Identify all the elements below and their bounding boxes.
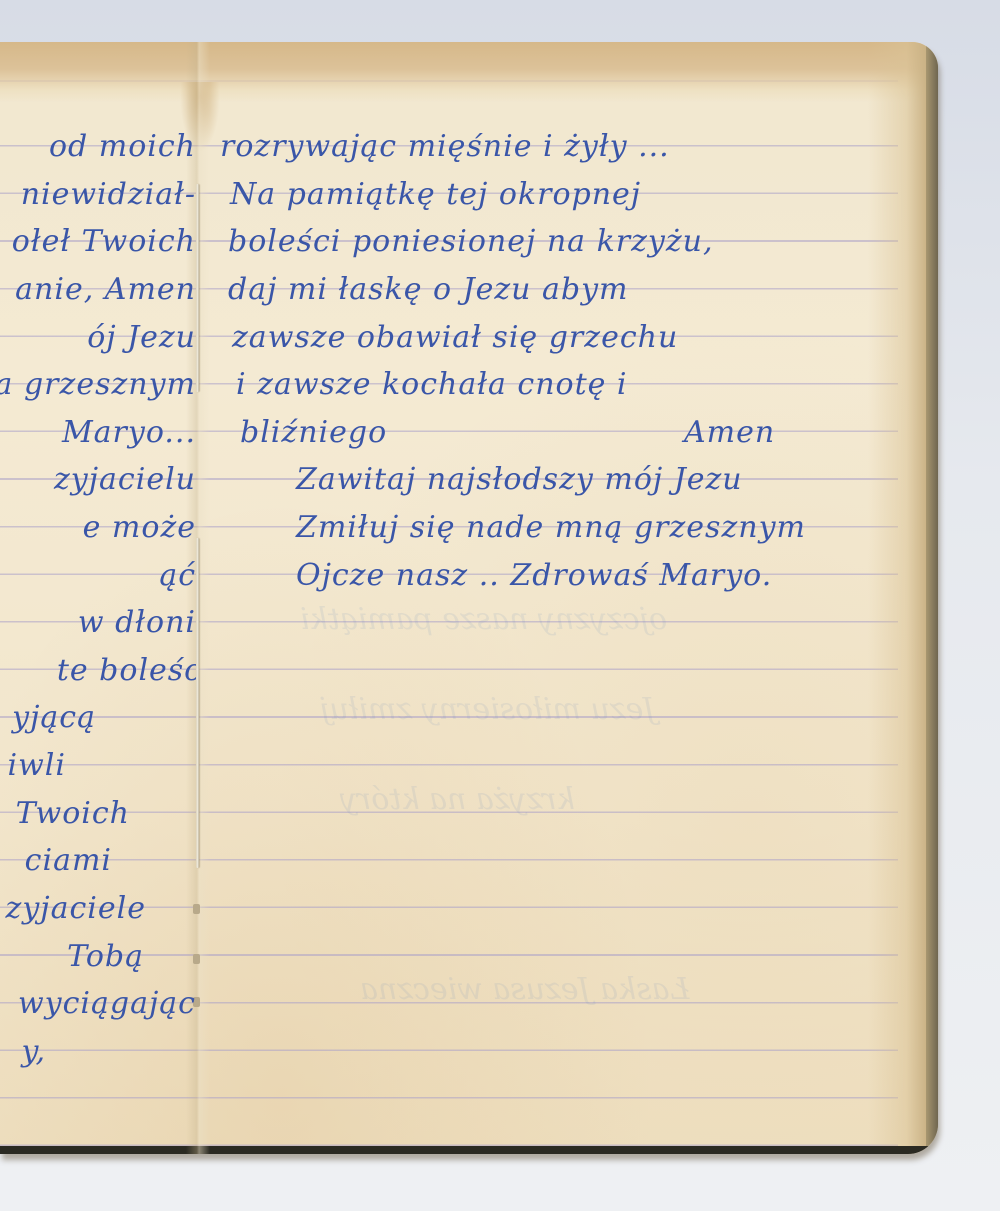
handwritten-line: i zawsze kochała cnotę i — [236, 370, 628, 400]
handwritten-line: niewidział- — [21, 180, 196, 210]
handwritten-line: zawsze obawiał się grzechu — [232, 323, 678, 353]
handwritten-line: Ojcze nasz .. Zdrowaś Maryo. — [296, 561, 772, 591]
handwritten-line: iwli — [8, 751, 66, 781]
handwritten-line: Na pamiątkę tej okropnej — [230, 180, 641, 210]
handwritten-line: y, — [22, 1037, 47, 1067]
handwritten-line: yjącą — [12, 703, 96, 733]
handwritten-line: boleści poniesionej na krzyżu, — [228, 227, 714, 257]
handwritten-line: te boleśc — [57, 656, 196, 686]
handwritten-line: wyciągając — [18, 989, 196, 1019]
handwritten-line: zyjaciele — [6, 894, 146, 924]
right-page: rozrywając mięśnie i żyły ... Na pamiątk… — [210, 42, 898, 1154]
handwritten-line: Zmiłuj się nade mną grzesznym — [296, 513, 806, 543]
handwritten-line: ój Jezu — [87, 323, 196, 353]
left-page: od moich niewidział- ołeł Twoich anie, A… — [0, 42, 196, 1154]
binding-thread-lower — [196, 538, 199, 868]
handwritten-line: ąć — [159, 561, 196, 591]
binding-thread-upper — [196, 184, 199, 392]
handwritten-line: Maryo... — [62, 418, 196, 448]
handwritten-line: Tobą — [67, 942, 144, 972]
handwritten-amen: Amen — [684, 418, 775, 448]
open-notebook: ojczyzny nasze pamiątki Jezu miłosierny … — [0, 42, 938, 1154]
handwritten-line: ciami — [25, 846, 112, 876]
handwritten-line: zyjacielu — [54, 465, 196, 495]
handwritten-line: Zawitaj najsłodszy mój Jezu — [296, 465, 743, 495]
handwritten-line: od moich — [49, 132, 196, 162]
handwritten-line: bliźniego — [240, 418, 387, 448]
handwritten-line: ołeł Twoich — [12, 227, 196, 257]
handwritten-line: a grzesznym — [0, 370, 196, 400]
handwritten-line: anie, Amen — [15, 275, 196, 305]
cover-edge — [926, 42, 938, 1154]
handwritten-line: Twoich — [16, 799, 130, 829]
handwritten-line: w dłoni — [78, 608, 196, 638]
handwritten-line: daj mi łaskę o Jezu abym — [228, 275, 629, 305]
handwritten-line: e może — [83, 513, 196, 543]
handwritten-line: rozrywając mięśnie i żyły ... — [220, 132, 670, 162]
